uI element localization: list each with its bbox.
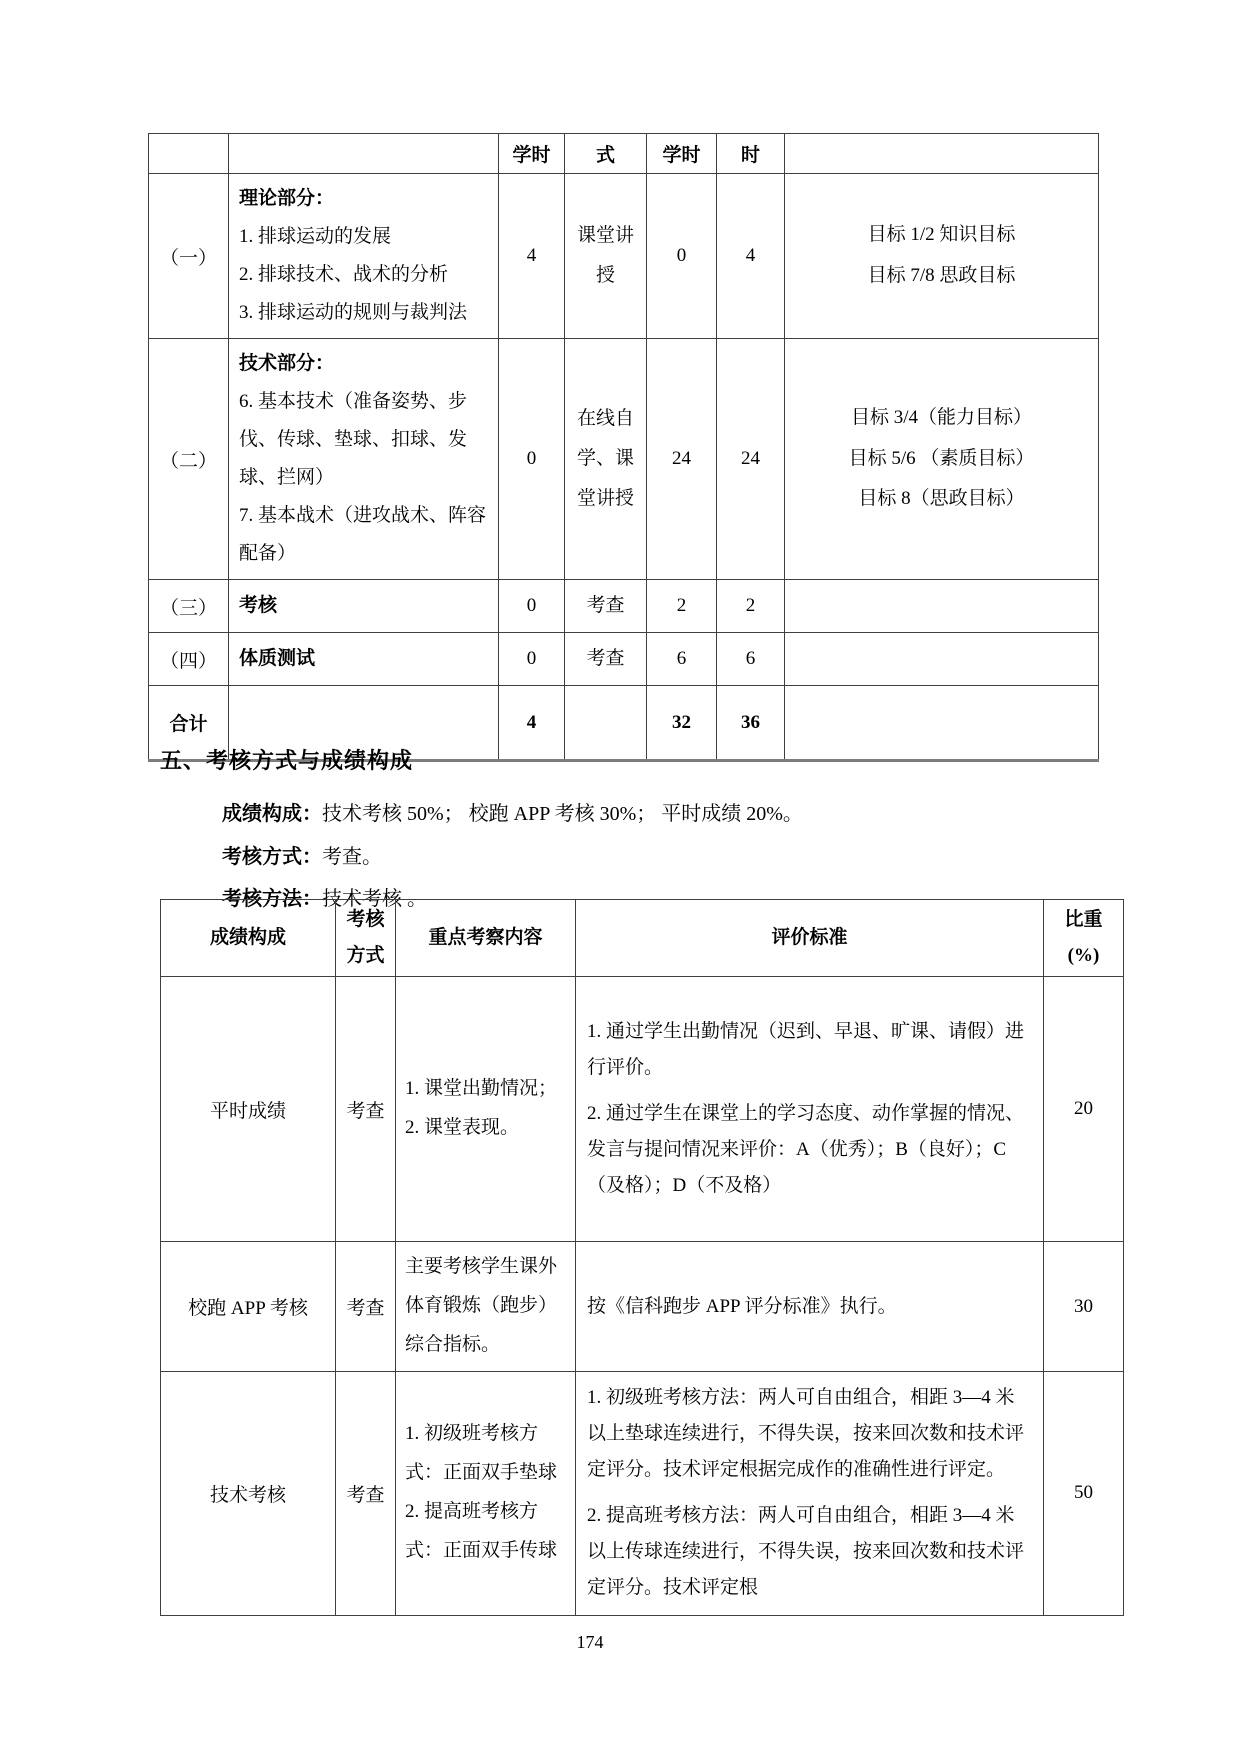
content-line: 2. 课堂表现。 <box>405 1109 566 1148</box>
content-title: 理论部分： <box>239 180 488 218</box>
course-schedule-table: 学时 式 学时 时 （一） 理论部分： 1. 排球运动的发展 2. 排球技术、战… <box>148 133 1099 762</box>
row-content: 技术部分： 6. 基本技术（准备姿势、步伐、传球、垫球、扣球、发球、拦网） 7.… <box>229 339 499 580</box>
teach-mode-value <box>565 686 647 761</box>
content-line: 主要考核学生课外体育锻炼（跑步）综合指标。 <box>405 1248 566 1365</box>
table-row: 校跑 APP 考核 考查 主要考核学生课外体育锻炼（跑步）综合指标。 按《信科跑… <box>161 1242 1124 1372</box>
paragraph-text: 技术考核 50%； 校跑 APP 考核 30%； 平时成绩 20%。 <box>322 803 803 825</box>
theory-hours-value: 0 <box>499 633 565 686</box>
criteria-cell: 按《信科跑步 APP 评分标准》执行。 <box>576 1242 1044 1372</box>
paragraph-label: 考核方式： <box>222 846 322 868</box>
total-hours-value: 24 <box>717 339 785 580</box>
header-teach-mode: 式 <box>565 134 647 174</box>
practice-hours-value: 0 <box>647 174 717 339</box>
practice-hours-value: 2 <box>647 580 717 633</box>
practice-hours-value: 6 <box>647 633 717 686</box>
header-line: 考核 <box>342 902 389 938</box>
composition-name: 技术考核 <box>161 1372 336 1616</box>
total-hours-value: 6 <box>717 633 785 686</box>
practice-hours-total: 32 <box>647 686 717 761</box>
method-value: 考查 <box>336 1242 396 1372</box>
table-row: 学时 式 学时 时 <box>149 134 1099 174</box>
composition-name: 平时成绩 <box>161 977 336 1242</box>
criteria-cell: 1. 通过学生出勤情况（迟到、早退、旷课、请假）进行评价。 2. 通过学生在课堂… <box>576 977 1044 1242</box>
theory-hours-value: 0 <box>499 339 565 580</box>
criteria-cell: 1. 初级班考核方法：两人可自由组合，相距 3—4 米以上垫球连续进行，不得失误… <box>576 1372 1044 1616</box>
header-assessment-method: 考核 方式 <box>336 900 396 977</box>
table-row: （一） 理论部分： 1. 排球运动的发展 2. 排球技术、战术的分析 3. 排球… <box>149 174 1099 339</box>
content-item: 2. 排球技术、战术的分析 <box>239 256 488 294</box>
row-number: （二） <box>149 339 229 580</box>
targets-cell: 目标 1/2 知识目标 目标 7/8 思政目标 <box>785 174 1099 339</box>
header-empty-cell <box>785 134 1099 174</box>
criteria-paragraph: 1. 初级班考核方法：两人可自由组合，相距 3—4 米以上垫球连续进行，不得失误… <box>587 1380 1032 1488</box>
row-number: （一） <box>149 174 229 339</box>
header-empty-cell <box>149 134 229 174</box>
target-line: 目标 5/6 （素质目标） <box>791 439 1092 480</box>
table-row: 技术考核 考查 1. 初级班考核方式：正面双手垫球 2. 提高班考核方式：正面双… <box>161 1372 1124 1616</box>
total-hours-total: 36 <box>717 686 785 761</box>
row-number: （三） <box>149 580 229 633</box>
table-row: （四） 体质测试 0 考查 6 6 <box>149 633 1099 686</box>
row-content: 考核 <box>229 580 499 633</box>
header-weight: 比重 (%) <box>1044 900 1124 977</box>
content-item: 3. 排球运动的规则与裁判法 <box>239 294 488 332</box>
content-item: 6. 基本技术（准备姿势、步伐、传球、垫球、扣球、发球、拦网） <box>239 383 488 497</box>
paragraph-score-composition: 成绩构成：技术考核 50%； 校跑 APP 考核 30%； 平时成绩 20%。 <box>222 797 803 826</box>
table-row: 成绩构成 考核 方式 重点考察内容 评价标准 比重 (%) <box>161 900 1124 977</box>
weight-value: 50 <box>1044 1372 1124 1616</box>
paragraph-text: 考查。 <box>322 846 382 868</box>
teach-mode-value: 考查 <box>565 633 647 686</box>
practice-hours-value: 24 <box>647 339 717 580</box>
weight-value: 30 <box>1044 1242 1124 1372</box>
criteria-paragraph: 1. 通过学生出勤情况（迟到、早退、旷课、请假）进行评价。 <box>587 1014 1032 1086</box>
content-line: 2. 提高班考核方式：正面双手传球 <box>405 1493 566 1571</box>
header-score-composition: 成绩构成 <box>161 900 336 977</box>
assessment-table: 成绩构成 考核 方式 重点考察内容 评价标准 比重 (%) 平时成绩 考查 1.… <box>160 899 1124 1616</box>
target-line: 目标 3/4（能力目标） <box>791 398 1092 439</box>
paragraph-assessment-type: 考核方式：考查。 <box>222 840 382 869</box>
teach-mode-value: 在线自学、课堂讲授 <box>565 339 647 580</box>
method-value: 考查 <box>336 977 396 1242</box>
targets-cell <box>785 686 1099 761</box>
content-title: 技术部分： <box>239 345 488 383</box>
targets-cell: 目标 3/4（能力目标） 目标 5/6 （素质目标） 目标 8（思政目标） <box>785 339 1099 580</box>
content-line: 1. 课堂出勤情况； <box>405 1070 566 1109</box>
section-heading: 五、考核方式与成绩构成 <box>160 744 413 775</box>
criteria-paragraph: 2. 提高班考核方法：两人可自由组合，相距 3—4 米以上传球连续进行，不得失误… <box>587 1498 1032 1606</box>
key-content-cell: 主要考核学生课外体育锻炼（跑步）综合指标。 <box>396 1242 576 1372</box>
header-evaluation-criteria: 评价标准 <box>576 900 1044 977</box>
content-line: 1. 初级班考核方式：正面双手垫球 <box>405 1415 566 1493</box>
header-key-content: 重点考察内容 <box>396 900 576 977</box>
table-row: 平时成绩 考查 1. 课堂出勤情况； 2. 课堂表现。 1. 通过学生出勤情况（… <box>161 977 1124 1242</box>
total-hours-value: 2 <box>717 580 785 633</box>
targets-cell <box>785 633 1099 686</box>
criteria-paragraph: 2. 通过学生在课堂上的学习态度、动作掌握的情况、发言与提问情况来评价：A（优秀… <box>587 1096 1032 1204</box>
key-content-cell: 1. 课堂出勤情况； 2. 课堂表现。 <box>396 977 576 1242</box>
header-line: (%) <box>1050 938 1117 974</box>
theory-hours-total: 4 <box>499 686 565 761</box>
weight-value: 20 <box>1044 977 1124 1242</box>
key-content-cell: 1. 初级班考核方式：正面双手垫球 2. 提高班考核方式：正面双手传球 <box>396 1372 576 1616</box>
criteria-paragraph: 按《信科跑步 APP 评分标准》执行。 <box>587 1289 1032 1325</box>
target-line: 目标 1/2 知识目标 <box>791 215 1092 256</box>
header-total-hours: 时 <box>717 134 785 174</box>
row-content: 体质测试 <box>229 633 499 686</box>
teach-mode-value: 课堂讲授 <box>565 174 647 339</box>
theory-hours-value: 0 <box>499 580 565 633</box>
document-page: 学时 式 学时 时 （一） 理论部分： 1. 排球运动的发展 2. 排球技术、战… <box>0 0 1241 1755</box>
total-hours-value: 4 <box>717 174 785 339</box>
table-row: （二） 技术部分： 6. 基本技术（准备姿势、步伐、传球、垫球、扣球、发球、拦网… <box>149 339 1099 580</box>
target-line: 目标 8（思政目标） <box>791 479 1092 520</box>
teach-mode-value: 考查 <box>565 580 647 633</box>
method-value: 考查 <box>336 1372 396 1616</box>
paragraph-label: 成绩构成： <box>222 803 322 825</box>
composition-name: 校跑 APP 考核 <box>161 1242 336 1372</box>
header-empty-cell <box>229 134 499 174</box>
theory-hours-value: 4 <box>499 174 565 339</box>
table-row: （三） 考核 0 考查 2 2 <box>149 580 1099 633</box>
header-line: 比重 <box>1050 902 1117 938</box>
content-item: 1. 排球运动的发展 <box>239 218 488 256</box>
header-practice-hours: 学时 <box>647 134 717 174</box>
content-item: 7. 基本战术（进攻战术、阵容配备） <box>239 497 488 573</box>
targets-cell <box>785 580 1099 633</box>
row-content: 理论部分： 1. 排球运动的发展 2. 排球技术、战术的分析 3. 排球运动的规… <box>229 174 499 339</box>
target-line: 目标 7/8 思政目标 <box>791 256 1092 297</box>
header-line: 方式 <box>342 938 389 974</box>
page-number: 174 <box>0 1632 1180 1653</box>
header-theory-hours: 学时 <box>499 134 565 174</box>
row-number: （四） <box>149 633 229 686</box>
